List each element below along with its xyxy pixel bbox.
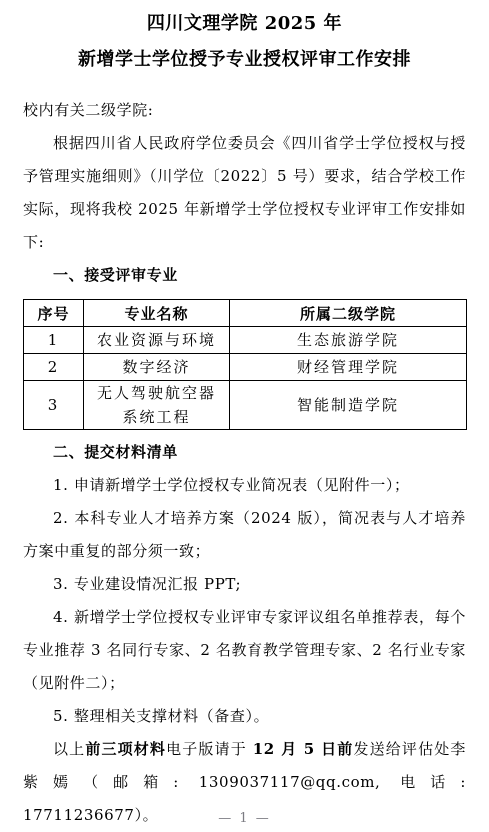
document-title-line1: 四川文理学院 2025 年 [23, 6, 466, 42]
document-title-line2: 新增学士学位授予专业授权评审工作安排 [23, 42, 466, 78]
column-header-college: 所属二级学院 [230, 300, 467, 327]
material-item-5: 5. 整理相关支撑材料（备查）。 [23, 700, 466, 733]
column-header-index: 序号 [24, 300, 84, 327]
material-item-3: 3. 专业建设情况汇报 PPT; [23, 568, 466, 601]
column-header-major: 专业名称 [84, 300, 230, 327]
material-item-1: 1. 申请新增学士学位授权专业简况表（见附件一）； [23, 469, 466, 502]
closing-mid: 电子版请于 [166, 740, 253, 758]
document-body: 校内有关二级学院: 根据四川省人民政府学位委员会《四川省学士学位授权与授予管理实… [23, 94, 466, 832]
cell-index: 1 [24, 327, 84, 354]
cell-college: 智能制造学院 [230, 381, 467, 430]
cell-major: 无人驾驶航空器 系统工程 [84, 381, 230, 430]
closing-bold-materials: 前三项材料 [85, 740, 166, 758]
table-row: 2 数字经济 财经管理学院 [24, 354, 467, 381]
cell-college: 财经管理学院 [230, 354, 467, 381]
section2-heading: 二、提交材料清单 [23, 436, 466, 469]
cell-index: 3 [24, 381, 84, 430]
cell-major: 数字经济 [84, 354, 230, 381]
cell-college: 生态旅游学院 [230, 327, 467, 354]
table-header-row: 序号 专业名称 所属二级学院 [24, 300, 467, 327]
table-row: 3 无人驾驶航空器 系统工程 智能制造学院 [24, 381, 467, 430]
cell-index: 2 [24, 354, 84, 381]
document-page: 四川文理学院 2025 年 新增学士学位授予专业授权评审工作安排 校内有关二级学… [0, 0, 489, 832]
material-item-2: 2. 本科专业人才培养方案（2024 版），简况表与人才培养方案中重复的部分须一… [23, 502, 466, 568]
intro-paragraph: 根据四川省人民政府学位委员会《四川省学士学位授权与授予管理实施细则》（川学位〔2… [23, 127, 466, 259]
page-number: — 1 — [0, 811, 489, 826]
table-row: 1 农业资源与环境 生态旅游学院 [24, 327, 467, 354]
material-item-4: 4. 新增学士学位授权专业评审专家评议组名单推荐表，每个专业推荐 3 名同行专家… [23, 601, 466, 700]
cell-major: 农业资源与环境 [84, 327, 230, 354]
closing-prefix: 以上 [53, 740, 85, 758]
review-majors-table: 序号 专业名称 所属二级学院 1 农业资源与环境 生态旅游学院 2 数字经济 财… [23, 299, 467, 430]
salutation: 校内有关二级学院: [23, 94, 466, 127]
section1-heading: 一、接受评审专业 [23, 259, 466, 292]
closing-bold-deadline: 12 月 5 日前 [253, 740, 354, 758]
